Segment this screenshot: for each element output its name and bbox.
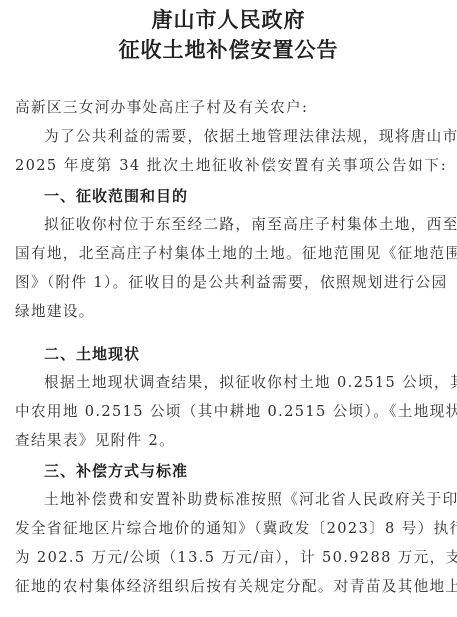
section-1-line-1: 拟征收你村位于东至经二路，南至高庄子村集体土地，西至 [44, 214, 447, 236]
section-3-line-1: 土地补偿费和安置补助费标准按照《河北省人民政府关于印 [44, 489, 447, 511]
section-2-line-3: 查结果表》见附件 2。 [15, 430, 447, 452]
section-2-line-2: 中农用地 0.2515 公顷（其中耕地 0.2515 公顷）。《土地现状调 [15, 401, 447, 423]
section-3-line-4: 征地的农村集体经济组织后按有关规定分配。对青苗及其他地上 [15, 576, 447, 598]
section-heading-1: 一、征收范围和目的 [44, 185, 447, 207]
salutation: 高新区三女河办事处高庄子村及有关农户: [15, 97, 447, 119]
section-3-line-3: 为 202.5 万元/公顷（13.5 万元/亩），计 50.9288 万元，支付… [15, 547, 447, 569]
section-heading-2: 二、土地现状 [44, 343, 447, 365]
section-3-line-2: 发全省征地区片综合地价的通知》（冀政发〔2023〕8 号）执行， [15, 518, 447, 540]
section-1-line-2: 国有地，北至高庄子村集体土地的土地。征地范围见《征地范围 [15, 243, 447, 265]
section-1-line-4: 绿地建设。 [15, 301, 447, 323]
document-title-line1: 唐山市人民政府 [0, 6, 457, 34]
section-2-line-1: 根据土地现状调查结果，拟征收你村土地 0.2515 公顷，其 [44, 372, 447, 394]
document-title-line2: 征收土地补偿安置公告 [0, 36, 457, 64]
section-heading-3: 三、补偿方式与标准 [44, 460, 447, 482]
section-1-line-3: 图》（附件 1）。征收目的是公共利益需要，依照规划进行公园 [15, 272, 447, 294]
intro-line-1: 为了公共利益的需要，依据土地管理法律法规，现将唐山市 [44, 126, 447, 148]
intro-line-2: 2025 年度第 34 批次土地征收补偿安置有关事项公告如下: [15, 155, 447, 177]
